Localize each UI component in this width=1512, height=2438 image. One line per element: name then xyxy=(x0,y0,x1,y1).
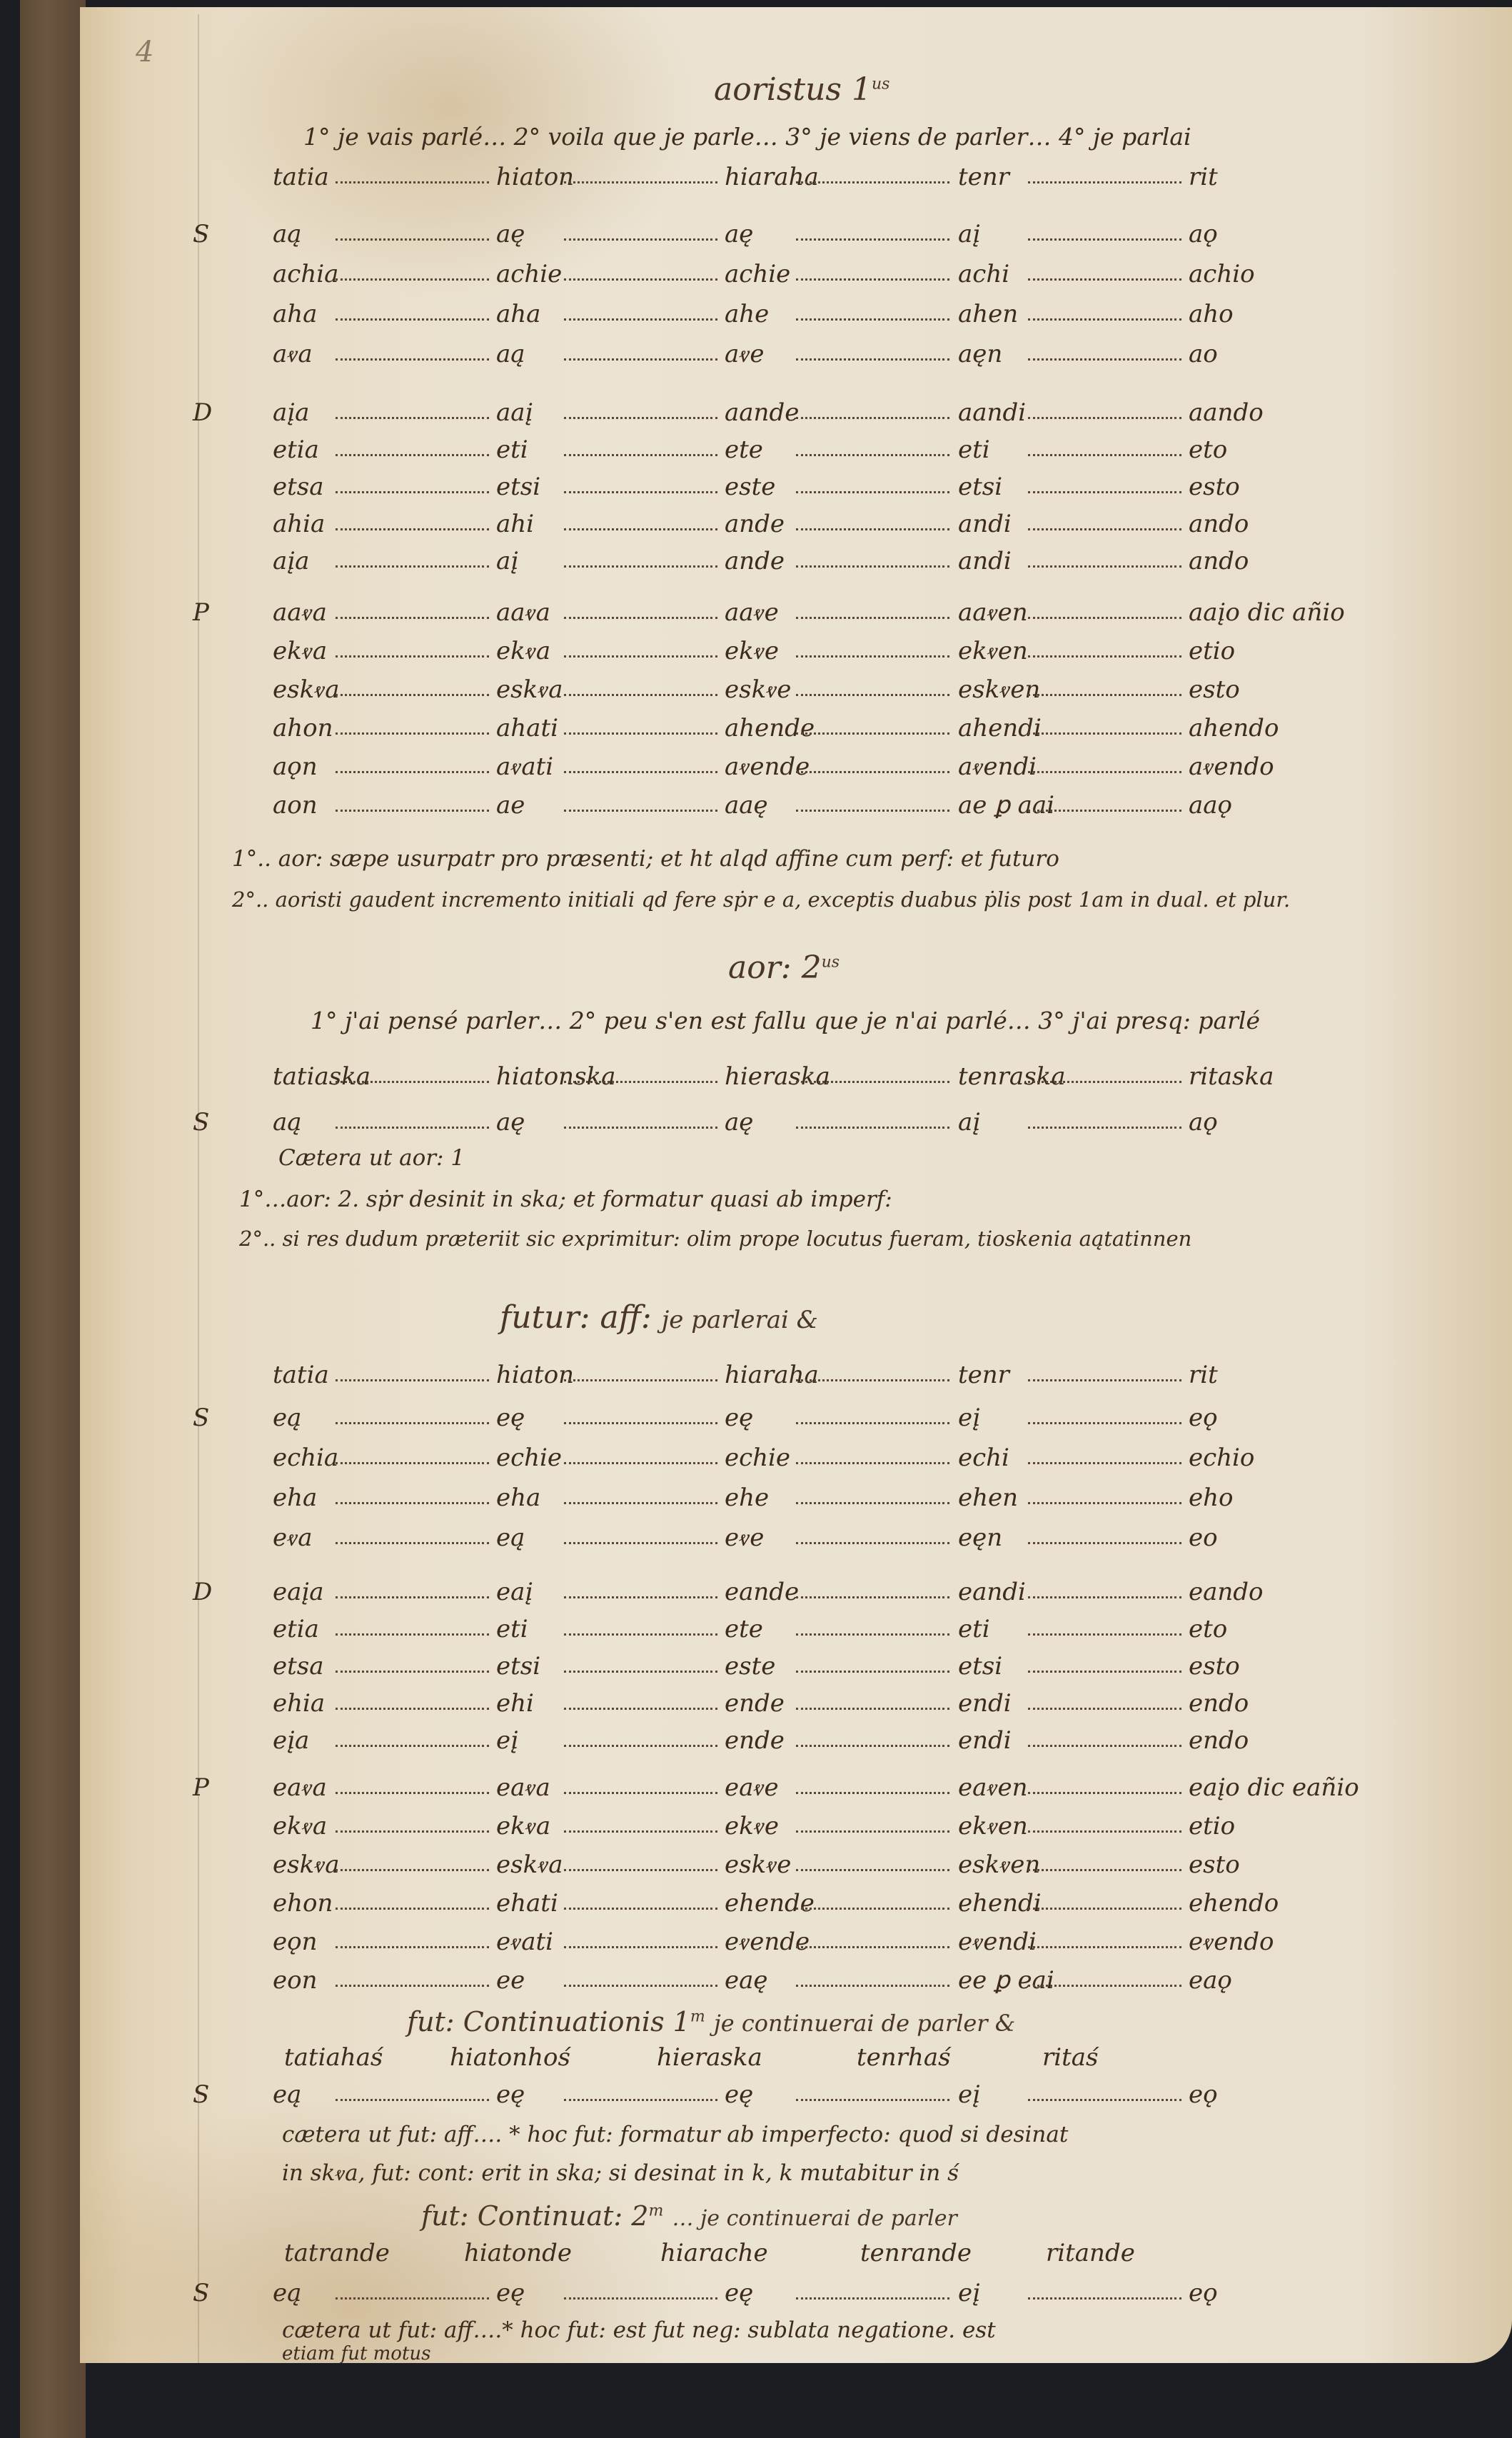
form: echi xyxy=(958,1444,1009,1472)
number-label: P xyxy=(193,1773,209,1802)
form: etsi xyxy=(496,473,540,501)
form: ete xyxy=(725,435,763,464)
page-number: 4 xyxy=(136,36,153,69)
form: ahati xyxy=(496,714,558,742)
stem: hieraska xyxy=(725,1062,830,1091)
form: etsi xyxy=(958,1652,1002,1681)
table-row: achia achie achie achi achio xyxy=(193,260,1406,296)
section-title-future-aff: futur: aff: je parlerai & xyxy=(500,1299,818,1336)
form: eⱴa xyxy=(273,1523,312,1552)
stem: hiatonska xyxy=(496,1062,615,1091)
form: aⱴati xyxy=(496,752,553,781)
form: ando xyxy=(1189,547,1249,575)
form: ehendi xyxy=(958,1889,1042,1918)
form: andi xyxy=(958,510,1012,538)
form: eaⱴen xyxy=(958,1773,1028,1802)
table-row: ekⱴa ekⱴa ekⱴe ekⱴen etio xyxy=(193,1812,1406,1848)
form: aaⱴa xyxy=(273,598,327,627)
form: eskⱴen xyxy=(958,1850,1040,1879)
form: ahendi xyxy=(958,714,1042,742)
form: eskⱴe xyxy=(725,1850,791,1879)
stem: tenr xyxy=(958,163,1009,191)
title-gloss: … je continuerai de parler xyxy=(672,2206,957,2231)
form: eǫ xyxy=(1189,2279,1218,2307)
form: eaįa xyxy=(273,1578,324,1606)
form: eǫ xyxy=(1189,1404,1218,1432)
form: esto xyxy=(1189,1850,1240,1879)
form: endi xyxy=(958,1726,1012,1755)
form: aho xyxy=(1189,300,1234,328)
number-label: S xyxy=(193,1108,209,1137)
form: ekⱴen xyxy=(958,637,1028,665)
stem: hiaraha xyxy=(725,1361,819,1389)
form: ete xyxy=(725,1615,763,1643)
form: aį xyxy=(958,1108,980,1137)
table-row: echia echie echie echi echio xyxy=(193,1444,1406,1479)
table-row: S eą eę eę eį eǫ xyxy=(193,1404,1406,1439)
form: eⱴendi xyxy=(958,1928,1037,1956)
form: achia xyxy=(273,260,338,288)
form: achio xyxy=(1189,260,1255,288)
section-title-future-cont-1: fut: Continuationis 1m je continuerai de… xyxy=(407,2006,1015,2037)
form: aⱴe xyxy=(725,340,764,368)
form: eho xyxy=(1189,1484,1234,1512)
form: ao xyxy=(1189,340,1218,368)
stem: hiaraha xyxy=(725,163,819,191)
form: eį xyxy=(958,2080,980,2109)
form: eę xyxy=(496,1404,525,1432)
section-title-aorist-1: aoristus 1us xyxy=(714,71,889,108)
stem: tatia xyxy=(273,163,329,191)
stem: tenrande xyxy=(860,2239,972,2267)
table-row: eha eha ehe ehen eho xyxy=(193,1484,1406,1519)
form: ahe xyxy=(725,300,769,328)
table-row: S aą aę aę aį aǫ xyxy=(193,1108,1406,1144)
form: eande xyxy=(725,1578,799,1606)
form: aon xyxy=(273,791,318,820)
title-text: fut: Continuat: 2 xyxy=(421,2200,648,2232)
form: eaįo dic eañio xyxy=(1189,1773,1359,1802)
table-row: S aą aę aę aį aǫ xyxy=(193,220,1406,256)
form: eaį xyxy=(496,1578,533,1606)
form: aandi xyxy=(958,398,1026,427)
form: aⱴende xyxy=(725,752,810,781)
form: ekⱴa xyxy=(273,637,327,665)
form: eto xyxy=(1189,435,1227,464)
form: eha xyxy=(273,1484,317,1512)
form: ahendo xyxy=(1189,714,1279,742)
form: eį xyxy=(496,1726,518,1755)
form: aę xyxy=(496,1108,525,1137)
form: etio xyxy=(1189,637,1235,665)
form: aha xyxy=(273,300,317,328)
form: eaⱴa xyxy=(273,1773,327,1802)
form: eaę xyxy=(725,1966,768,1995)
form: eę xyxy=(725,1404,753,1432)
form: ehe xyxy=(725,1484,769,1512)
stem: tatrande xyxy=(284,2239,390,2267)
note: 1°…aor: 2. sṗr desinit in ska; et format… xyxy=(239,1187,892,1212)
form: aha xyxy=(496,300,540,328)
form: ekⱴa xyxy=(273,1812,327,1840)
number-label: S xyxy=(193,220,209,248)
form: ee ꝑ eai xyxy=(958,1966,1054,1995)
form: eandi xyxy=(958,1578,1026,1606)
stem: ritaś xyxy=(1042,2043,1099,2072)
form: aaįo dic añio xyxy=(1189,598,1345,627)
form: este xyxy=(725,473,775,501)
note: 1°.. aor: sæpe usurpatr pro præsenti; et… xyxy=(232,846,1059,872)
table-row: ekⱴa ekⱴa ekⱴe ekⱴen etio xyxy=(193,637,1406,673)
form: aą xyxy=(496,340,525,368)
cetera-note: Cætera ut aor: 1 xyxy=(278,1145,465,1171)
table-row: eskⱴa eskⱴa eskⱴe eskⱴen esto xyxy=(193,675,1406,711)
form: etio xyxy=(1189,1812,1235,1840)
form: ande xyxy=(725,547,785,575)
table-row: aⱴa aą aⱴe aęn ao xyxy=(193,340,1406,376)
table-row: eskⱴa eskⱴa eskⱴe eskⱴen esto xyxy=(193,1850,1406,1886)
stem: tatiaska xyxy=(273,1062,371,1091)
table-row: etsa etsi este etsi esto xyxy=(193,1652,1406,1688)
form: eę xyxy=(725,2279,753,2307)
form: ande xyxy=(725,510,785,538)
form: etsa xyxy=(273,473,324,501)
form: ee xyxy=(496,1966,525,1995)
form: echie xyxy=(496,1444,562,1472)
form: ehia xyxy=(273,1689,325,1718)
form: eǫ xyxy=(1189,2080,1218,2109)
form: eha xyxy=(496,1484,540,1512)
form: eando xyxy=(1189,1578,1264,1606)
form: aǫn xyxy=(273,752,318,781)
form: aando xyxy=(1189,398,1264,427)
form: eⱴe xyxy=(725,1523,764,1552)
form: ekⱴe xyxy=(725,1812,779,1840)
form: etsi xyxy=(958,473,1002,501)
table-row: etia eti ete eti eto xyxy=(193,435,1406,471)
section-title-future-cont-2: fut: Continuat: 2m … je continuerai de p… xyxy=(421,2200,957,2232)
form: esto xyxy=(1189,1652,1240,1681)
form: achi xyxy=(958,260,1009,288)
number-label: S xyxy=(193,2279,209,2307)
form: aⱴendo xyxy=(1189,752,1274,781)
table-row: aha aha ahe ahen aho xyxy=(193,300,1406,336)
form: eą xyxy=(496,1523,525,1552)
form: aę xyxy=(725,220,753,248)
aorist-1-meanings: 1° je vais parlé… 2° voila que je parle…… xyxy=(303,123,1191,151)
stem: hiarache xyxy=(660,2239,768,2267)
title-text: aor: 2 xyxy=(728,949,822,986)
form: endo xyxy=(1189,1689,1249,1718)
form: aaę xyxy=(725,791,768,820)
table-row: ehia ehi ende endi endo xyxy=(193,1689,1406,1725)
note: 2°.. si res dudum præteriit sic exprimit… xyxy=(239,1226,1191,1251)
form: eaǫ xyxy=(1189,1966,1232,1995)
table-row: etia eti ete eti eto xyxy=(193,1615,1406,1651)
form: etia xyxy=(273,1615,319,1643)
stem: tatia xyxy=(273,1361,329,1389)
table-row: S eą eę eę eį eǫ xyxy=(193,2279,1406,2314)
form: eskⱴe xyxy=(725,675,791,704)
stem: hiatonhoś xyxy=(450,2043,570,2072)
form: andi xyxy=(958,547,1012,575)
stem-row: tatiaska hiatonska hieraska tenraska rit… xyxy=(193,1062,1406,1098)
stem-row: tatia hiaton hiaraha tenr rit xyxy=(193,163,1406,198)
form: aaⱴa xyxy=(496,598,550,627)
title-superscript: m xyxy=(690,2008,705,2025)
form: eęn xyxy=(958,1523,1002,1552)
table-row: ahon ahati ahende ahendi ahendo xyxy=(193,714,1406,750)
form: ahon xyxy=(273,714,333,742)
form: echia xyxy=(273,1444,338,1472)
form: eę xyxy=(496,2279,525,2307)
title-superscript: us xyxy=(872,75,889,93)
form: eą xyxy=(273,1404,301,1432)
form: eǫn xyxy=(273,1928,318,1956)
form: aį xyxy=(496,547,518,575)
form: ekⱴe xyxy=(725,637,779,665)
form: achie xyxy=(725,260,790,288)
stem: tatiahaś xyxy=(284,2043,383,2072)
stem: ritaska xyxy=(1189,1062,1274,1091)
number-label: D xyxy=(193,398,212,427)
form: aaⱴe xyxy=(725,598,779,627)
stem: tenraska xyxy=(958,1062,1066,1091)
form: eⱴende xyxy=(725,1928,810,1956)
table-row: eįa eį ende endi endo xyxy=(193,1726,1406,1762)
table-row: P eaⱴa eaⱴa eaⱴe eaⱴen eaįo dic eañio xyxy=(193,1773,1406,1809)
form: aę xyxy=(496,220,525,248)
form: eo xyxy=(1189,1523,1218,1552)
form: aę xyxy=(725,1108,753,1137)
form: eskⱴa xyxy=(496,675,563,704)
form: eskⱴa xyxy=(273,675,340,704)
form: eaⱴe xyxy=(725,1773,779,1802)
form: eⱴendo xyxy=(1189,1928,1274,1956)
title-text: futur: aff: xyxy=(500,1299,652,1336)
form: eįa xyxy=(273,1726,309,1755)
table-row: P aaⱴa aaⱴa aaⱴe aaⱴen aaįo dic añio xyxy=(193,598,1406,634)
form: eaⱴa xyxy=(496,1773,550,1802)
stem: hieraska xyxy=(657,2043,762,2072)
table-row: aon ae aaę ae ꝑ aai aaǫ xyxy=(193,791,1406,827)
table-row: etsa etsi este etsi esto xyxy=(193,473,1406,508)
form: etia xyxy=(273,435,319,464)
stem: hiaton xyxy=(496,1361,574,1389)
title-gloss: je parlerai & xyxy=(662,1306,818,1334)
stem: hiaton xyxy=(496,163,574,191)
form: eⱴati xyxy=(496,1928,553,1956)
form: aįa xyxy=(273,398,309,427)
stem: rit xyxy=(1189,1361,1218,1389)
form: este xyxy=(725,1652,775,1681)
form: eskⱴa xyxy=(496,1850,563,1879)
form: aǫ xyxy=(1189,1108,1218,1137)
title-text: aoristus 1 xyxy=(714,71,872,108)
form: aęn xyxy=(958,340,1002,368)
table-row: eⱴa eą eⱴe eęn eo xyxy=(193,1523,1406,1559)
stem-row: tatia hiaton hiaraha tenr rit xyxy=(193,1361,1406,1396)
stem-row: tatiahaś hiatonhoś hieraska tenrhaś rita… xyxy=(193,2043,1406,2079)
form: ahen xyxy=(958,300,1018,328)
form: endi xyxy=(958,1689,1012,1718)
form: eskⱴa xyxy=(273,1850,340,1879)
form: eti xyxy=(496,1615,528,1643)
form: eą xyxy=(273,2080,301,2109)
book-binding xyxy=(20,0,86,2438)
stem: tenrhaś xyxy=(857,2043,951,2072)
form: ahende xyxy=(725,714,815,742)
title-gloss: je continuerai de parler & xyxy=(714,2010,1015,2037)
form: esto xyxy=(1189,675,1240,704)
stem-row: tatrande hiatonde hiarache tenrande rita… xyxy=(193,2239,1406,2275)
form: eto xyxy=(1189,1615,1227,1643)
form: aį xyxy=(958,220,980,248)
note: 2°.. aoristi gaudent incremento initiali… xyxy=(232,887,1290,912)
form: ekⱴa xyxy=(496,1812,550,1840)
form: eę xyxy=(725,2080,753,2109)
table-row: eon ee eaę ee ꝑ eai eaǫ xyxy=(193,1966,1406,2002)
form: eon xyxy=(273,1966,318,1995)
form: eti xyxy=(496,435,528,464)
aorist-2-meanings: 1° j'ai pensé parler… 2° peu s'en est fa… xyxy=(311,1007,1260,1034)
form: eti xyxy=(958,1615,990,1643)
form: ehen xyxy=(958,1484,1018,1512)
form: aⱴa xyxy=(273,340,313,368)
form: aⱴendi xyxy=(958,752,1037,781)
form: aą xyxy=(273,1108,302,1137)
form: ende xyxy=(725,1689,785,1718)
form: ae ꝑ aai xyxy=(958,791,1054,820)
form: aaį xyxy=(496,398,533,427)
form: eį xyxy=(958,1404,980,1432)
number-label: S xyxy=(193,2080,209,2109)
form: endo xyxy=(1189,1726,1249,1755)
form: eį xyxy=(958,2279,980,2307)
form: ehi xyxy=(496,1689,534,1718)
table-row: D eaįa eaį eande eandi eando xyxy=(193,1578,1406,1613)
form: aǫ xyxy=(1189,220,1218,248)
form: ahi xyxy=(496,510,534,538)
form: esto xyxy=(1189,473,1240,501)
form: ae xyxy=(496,791,525,820)
form: eą xyxy=(273,2279,301,2307)
form: etsi xyxy=(496,1652,540,1681)
note: etiam fut motus xyxy=(282,2343,431,2364)
table-row: eǫn eⱴati eⱴende eⱴendi eⱴendo xyxy=(193,1928,1406,1963)
stem: tenr xyxy=(958,1361,1009,1389)
number-label: D xyxy=(193,1578,212,1606)
form: aįa xyxy=(273,547,309,575)
note: cætera ut fut: aff…. * hoc fut: formatur… xyxy=(282,2122,1068,2147)
form: aą xyxy=(273,220,302,248)
form: aande xyxy=(725,398,799,427)
title-superscript: us xyxy=(822,953,840,971)
form: ehon xyxy=(273,1889,333,1918)
form: eskⱴen xyxy=(958,675,1040,704)
note: in skⱴa, fut: cont: erit in ska; si desi… xyxy=(282,2160,959,2186)
table-row: aįa aį ande andi ando xyxy=(193,547,1406,583)
form: etsa xyxy=(273,1652,324,1681)
form: aaⱴen xyxy=(958,598,1028,627)
form: echie xyxy=(725,1444,790,1472)
form: eę xyxy=(496,2080,525,2109)
form: aaǫ xyxy=(1189,791,1232,820)
form: ehende xyxy=(725,1889,815,1918)
number-label: S xyxy=(193,1404,209,1432)
form: echio xyxy=(1189,1444,1254,1472)
form: ehendo xyxy=(1189,1889,1279,1918)
table-row: ehon ehati ehende ehendi ehendo xyxy=(193,1889,1406,1925)
stem: ritande xyxy=(1046,2239,1135,2267)
table-row: ahia ahi ande andi ando xyxy=(193,510,1406,545)
form: eti xyxy=(958,435,990,464)
table-row: S eą eę eę eį eǫ xyxy=(193,2080,1406,2116)
number-label: P xyxy=(193,598,209,627)
table-row: aǫn aⱴati aⱴende aⱴendi aⱴendo xyxy=(193,752,1406,788)
stem: rit xyxy=(1189,163,1218,191)
note: cætera ut fut: aff….* hoc fut: est fut n… xyxy=(282,2317,996,2343)
form: ahia xyxy=(273,510,325,538)
form: ekⱴa xyxy=(496,637,550,665)
form: ende xyxy=(725,1726,785,1755)
form: ando xyxy=(1189,510,1249,538)
form: ekⱴen xyxy=(958,1812,1028,1840)
title-text: fut: Continuationis 1 xyxy=(407,2006,690,2037)
stem: hiatonde xyxy=(464,2239,572,2267)
form: ehati xyxy=(496,1889,558,1918)
title-superscript: m xyxy=(648,2202,663,2220)
section-title-aorist-2: aor: 2us xyxy=(728,949,840,986)
form: achie xyxy=(496,260,562,288)
table-row: D aįa aaį aande aandi aando xyxy=(193,398,1406,434)
